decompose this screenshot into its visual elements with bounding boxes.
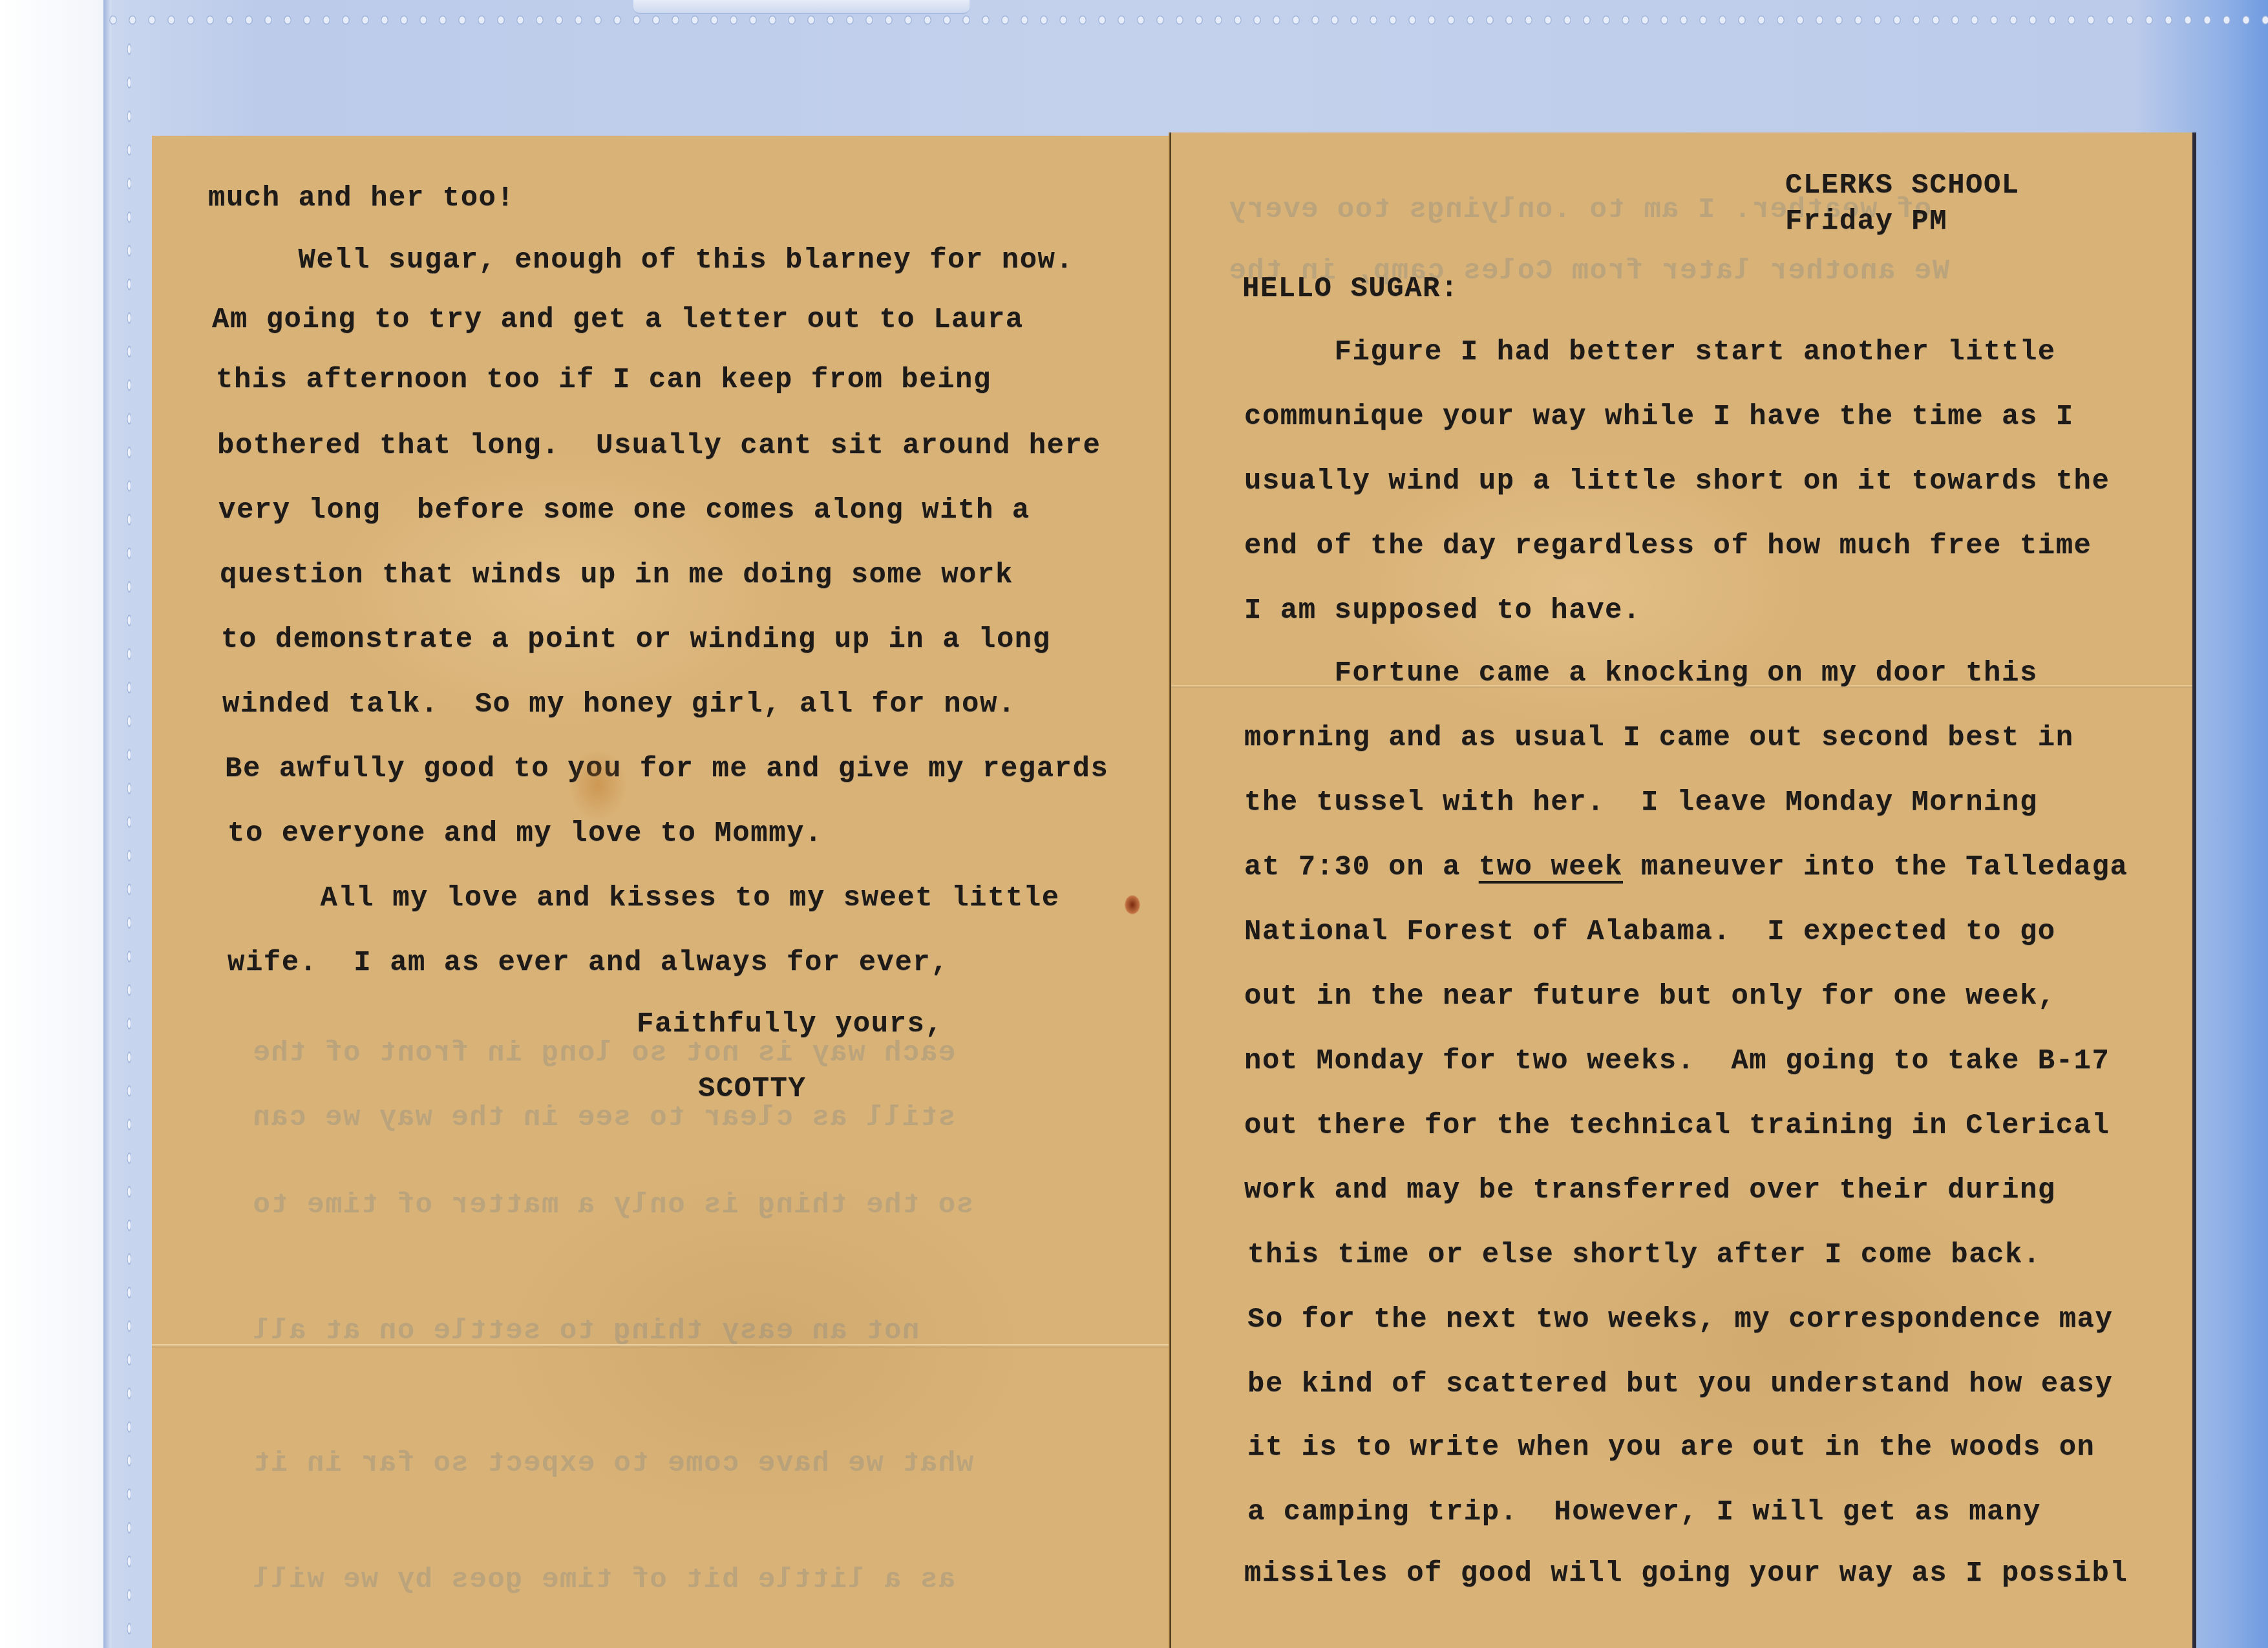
- letter-line: Well sugar, enough of this blarney for n…: [208, 244, 1074, 277]
- letter-line: the tussel with her. I leave Monday Morn…: [1244, 787, 2038, 819]
- water-stain: [569, 750, 627, 821]
- ink-stain: [1125, 895, 1140, 914]
- letter-line: Be awfully good to you for me and give m…: [225, 753, 1108, 785]
- letter-line: Figure I had better start another little: [1244, 336, 2056, 368]
- letter-line: question that winds up in me doing some …: [220, 559, 1013, 591]
- letter-line: National Forest of Alabama. I expected t…: [1244, 916, 2056, 948]
- letter-line: winded talk. So my honey girl, all for n…: [222, 688, 1016, 721]
- letter-salutation: HELLO SUGAR:: [1242, 273, 1459, 305]
- bleed-through-text: so the thing is only a matter of time to: [252, 1189, 973, 1221]
- scanner-background: [0, 0, 103, 1648]
- letter-line: out there for the technical training in …: [1244, 1110, 2110, 1142]
- letter-line: it is to write when you are out in the w…: [1247, 1431, 2095, 1464]
- page-edge-shadow: [2192, 132, 2196, 1648]
- letter-line: Am going to try and get a letter out to …: [212, 304, 1024, 336]
- letter-line: a camping trip. However, I will get as m…: [1247, 1496, 2041, 1528]
- letter-line: communique your way while I have the tim…: [1244, 401, 2074, 433]
- letter-line: this time or else shortly after I come b…: [1247, 1239, 2041, 1271]
- letter-line: bothered that long. Usually cant sit aro…: [217, 430, 1101, 462]
- bleed-through-text: still as clear to see in the way we can: [252, 1102, 955, 1134]
- letter-line-with-underline: at 7:30 on a two week maneuver into the …: [1244, 851, 2128, 883]
- letter-line: missiles of good will going your way as …: [1244, 1558, 2128, 1590]
- letter-line: wife. I am as ever and always for ever,: [228, 947, 949, 979]
- bleed-through-text: each way is not so long in front of the: [252, 1037, 955, 1070]
- letter-closing: Faithfully yours,: [637, 1008, 943, 1041]
- sleeve-edge: [103, 0, 111, 1648]
- underlined-phrase: two week: [1479, 851, 1623, 883]
- bleed-through-text: not an easy thing to settle on at all: [252, 1315, 919, 1347]
- bleed-through-text: as a little bit of time goes by we will: [252, 1564, 955, 1596]
- letter-line: morning and as usual I came out second b…: [1244, 722, 2074, 754]
- sleeve-perforations-left: [125, 32, 134, 1648]
- bleed-through-text: what we have come to expect so far in it: [252, 1448, 973, 1480]
- letter-header-time: Friday PM: [1785, 206, 1947, 238]
- letter-header-place: CLERKS SCHOOL: [1785, 169, 2020, 202]
- letter-line: I am supposed to have.: [1244, 595, 1641, 627]
- letter-signature: SCOTTY: [698, 1073, 806, 1105]
- letter-line: very long before some one comes along wi…: [218, 494, 1030, 527]
- letter-line: much and her too!: [208, 182, 514, 215]
- letter-line: end of the day regardless of how much fr…: [1244, 530, 2092, 562]
- letter-line: All my love and kisses to my sweet littl…: [230, 882, 1060, 914]
- letter-line: this afternoon too if I can keep from be…: [216, 364, 991, 396]
- letter-line: not Monday for two weeks. Am going to ta…: [1244, 1045, 2110, 1077]
- sleeve-perforations-top: [103, 12, 2268, 28]
- letter-line: usually wind up a little short on it tow…: [1244, 465, 2110, 498]
- letter-line: to everyone and my love to Mommy.: [228, 818, 823, 850]
- letter-line: be kind of scattered but you understand …: [1247, 1368, 2113, 1400]
- letter-line: So for the next two weeks, my correspond…: [1247, 1304, 2113, 1336]
- letter-line: work and may be transferred over their d…: [1244, 1174, 2056, 1207]
- letter-line: to demonstrate a point or winding up in …: [221, 624, 1051, 656]
- letter-line: Fortune came a knocking on my door this: [1244, 657, 2038, 690]
- letter-line: out in the near future but only for one …: [1244, 980, 2056, 1013]
